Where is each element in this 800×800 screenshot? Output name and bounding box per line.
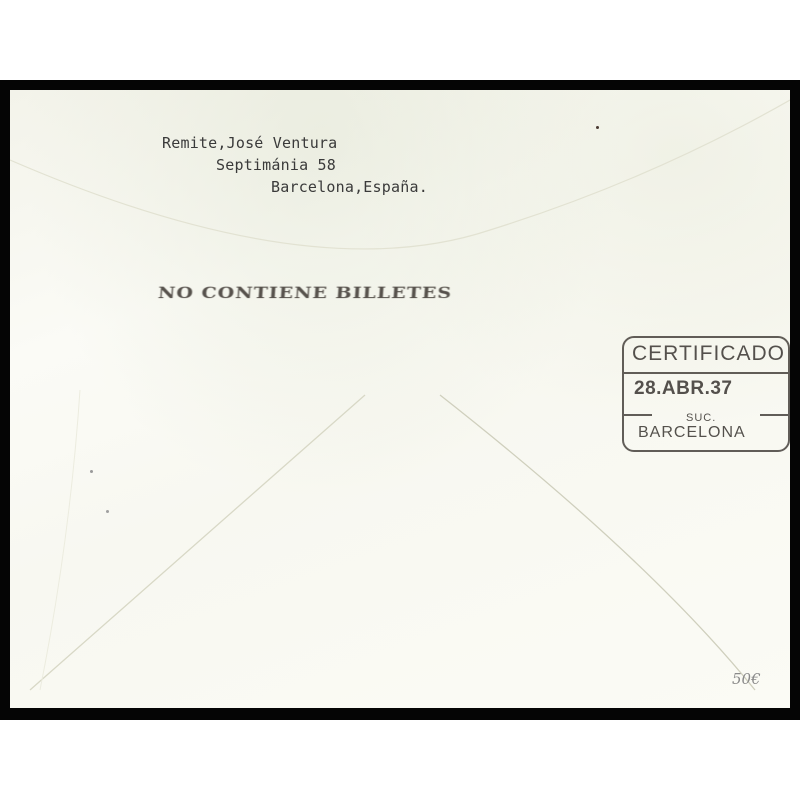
postmark-city: BARCELONA [638, 424, 746, 442]
ink-speck [596, 126, 599, 129]
postmark-divider [624, 372, 788, 374]
postmark-divider-left [624, 414, 652, 416]
postmark-office: SUC. [686, 412, 716, 424]
postmark-date: 28.ABR.37 [634, 378, 733, 400]
no-banknotes-handstamp: NO CONTIENE BILLETES [157, 284, 452, 303]
paper-speck [90, 470, 93, 473]
sender-street: Septimánia 58 [216, 154, 336, 176]
envelope-back: Remite,José Ventura Septimánia 58 Barcel… [10, 90, 790, 708]
sender-name: Remite,José Ventura [162, 132, 337, 154]
postmark-title: CERTIFICADO [632, 342, 785, 366]
sender-address: Remite,José Ventura Septimánia 58 Barcel… [10, 90, 47, 200]
pencil-price-note: 50€ [732, 670, 761, 688]
paper-speck [106, 510, 109, 513]
sender-city: Barcelona,España. [271, 176, 428, 198]
postmark-divider-right [760, 414, 788, 416]
registration-postmark: CERTIFICADO 28.ABR.37 SUC. BARCELONA [622, 336, 790, 452]
